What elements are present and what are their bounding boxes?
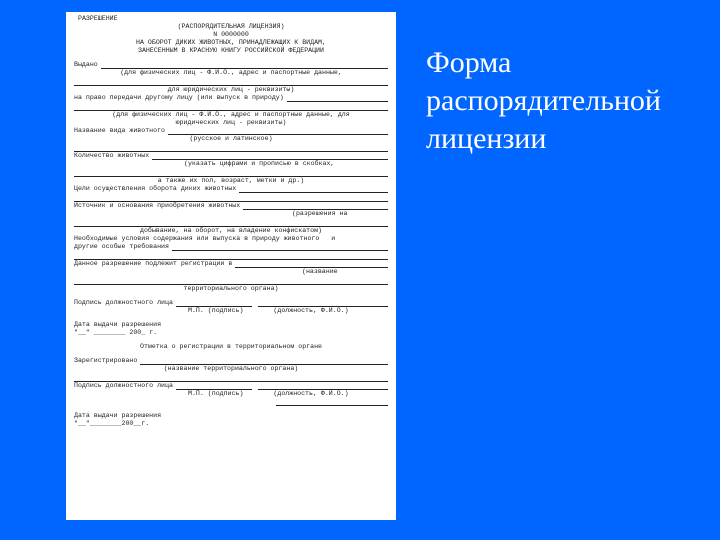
species-label: Название вида животного xyxy=(74,127,165,135)
sig-hint-stamp-2: М.П. (подпись) xyxy=(188,390,243,397)
signature-hints-2: М.П. (подпись)(должность, Ф.И.О.) xyxy=(74,390,388,398)
blank-line xyxy=(74,77,388,86)
blank-line xyxy=(74,168,388,177)
source-hint1: (разрешения на xyxy=(74,210,388,218)
slide-title-line2: распорядительной xyxy=(426,82,716,120)
issue-date-value-2: "__"________200__г. xyxy=(74,420,388,428)
registration-field: Данное разрешение подлежит регистрации в xyxy=(74,260,388,268)
issued-to-label: Выдано xyxy=(74,61,98,69)
registered-hint: (название территориального органа) xyxy=(74,365,388,373)
reg-mark-title: Отметка о регистрации в территориальном … xyxy=(74,343,388,351)
doc-header-word: РАЗРЕШЕНИЕ xyxy=(74,15,388,23)
blank-line xyxy=(74,193,388,202)
transfer-hint1: (для физических лиц - Ф.И.О., адрес и па… xyxy=(74,111,388,119)
animal-count-field: Количество животных xyxy=(74,152,388,160)
transfer-hint2: юридических лиц - реквизиты) xyxy=(74,119,388,127)
license-form-document: РАЗРЕШЕНИЕ (РАСПОРЯДИТЕЛЬНАЯ ЛИЦЕНЗИЯ) N… xyxy=(66,12,396,520)
registered-label: Зарегистрировано xyxy=(74,357,137,365)
issued-hint2: для юридических лиц - реквизиты) xyxy=(74,86,388,94)
signature-hints: М.П. (подпись)(должность, Ф.И.О.) xyxy=(74,307,388,315)
slide-title-line3: лицензии xyxy=(426,120,716,158)
source-hint2: добывание, на оборот, на владение конфис… xyxy=(74,227,388,235)
species-hint: (русское и латинское) xyxy=(74,135,388,143)
doc-number: N 0000000 xyxy=(74,31,388,39)
issue-date-label-2: Дата выдачи разрешения xyxy=(74,412,388,420)
animal-count-label: Количество животных xyxy=(74,152,149,160)
count-hint1: (указать цифрами и прописью в скобках, xyxy=(74,160,388,168)
conditions-line1: Необходимые условия содержания или выпус… xyxy=(74,235,388,243)
sig-hint-position: (должность, Ф.И.О.) xyxy=(273,307,348,314)
sig-hint-stamp: М.П. (подпись) xyxy=(188,307,243,314)
purpose-field: Цели осуществления оборота диких животны… xyxy=(74,185,388,193)
doc-header-line1: НА ОБОРОТ ДИКИХ ЖИВОТНЫХ, ПРИНАДЛЕЖАЩИХ … xyxy=(74,39,388,47)
official-signature-label-2: Подпись должностного лица xyxy=(74,382,173,390)
blank-line xyxy=(74,251,388,260)
issue-date-label: Дата выдачи разрешения xyxy=(74,321,388,329)
doc-header-line2: ЗАНЕСЕННЫМ В КРАСНУЮ КНИГУ РОССИЙСКОЙ ФЕ… xyxy=(74,47,388,55)
doc-header-subtitle: (РАСПОРЯДИТЕЛЬНАЯ ЛИЦЕНЗИЯ) xyxy=(74,23,388,31)
blank-line xyxy=(74,143,388,152)
conditions-label: другие особые требования xyxy=(74,243,169,251)
official-signature-label: Подпись должностного лица xyxy=(74,299,173,307)
slide-title: Форма распорядительной лицензии xyxy=(426,44,716,158)
registered-field: Зарегистрировано xyxy=(74,357,388,365)
slide-title-line1: Форма xyxy=(426,44,716,82)
official-signature-field: Подпись должностного лица xyxy=(74,299,388,307)
issued-to-field: Выдано xyxy=(74,61,388,69)
source-label: Источник и основания приобретения животн… xyxy=(74,202,240,210)
registration-hint2: территориального органа) xyxy=(74,285,388,293)
registration-label: Данное разрешение подлежит регистрации в xyxy=(74,260,232,268)
count-hint2: а также их пол, возраст, метки и др.) xyxy=(74,177,388,185)
blank-line xyxy=(74,276,388,285)
conditions-field: другие особые требования xyxy=(74,243,388,251)
blank-line xyxy=(74,102,388,111)
blank-line xyxy=(74,373,388,382)
species-field: Название вида животного xyxy=(74,127,388,135)
issued-hint1: (для физических лиц - Ф.И.О., адрес и па… xyxy=(74,69,388,77)
transfer-right-field: на право передачи другому лицу (или выпу… xyxy=(74,94,388,102)
sig-hint-position-2: (должность, Ф.И.О.) xyxy=(273,390,348,397)
issue-date-value: "__" ________ 200_ г. xyxy=(74,329,388,337)
source-field: Источник и основания приобретения животн… xyxy=(74,202,388,210)
official-signature-field-2: Подпись должностного лица xyxy=(74,382,388,390)
purpose-label: Цели осуществления оборота диких животны… xyxy=(74,185,236,193)
extra-line-row xyxy=(74,398,388,406)
blank-line xyxy=(74,218,388,227)
registration-hint1: (название xyxy=(74,268,388,276)
transfer-right-label: на право передачи другому лицу (или выпу… xyxy=(74,94,284,102)
